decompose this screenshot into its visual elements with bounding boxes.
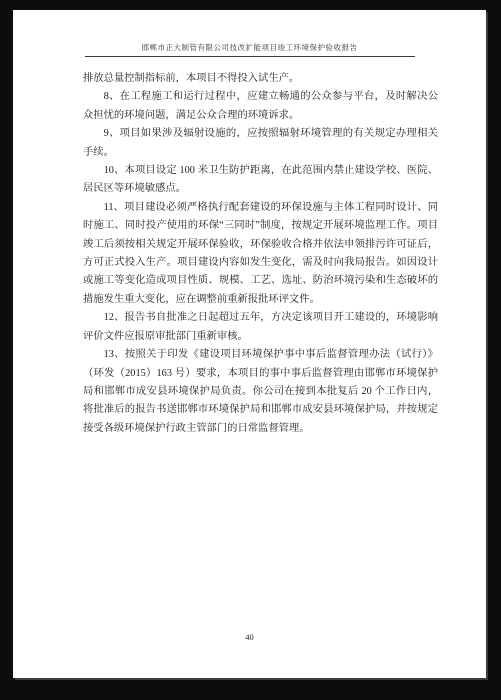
paragraph-item-8: 8、在工程施工和运行过程中，应建立畅通的公众参与平台，及时解决公众担忧的环境问题…	[83, 88, 438, 125]
paragraph-item-11: 11、项目建设必须严格执行配套建设的环保设施与主体工程同时设计、同时施工、同时投…	[83, 199, 438, 309]
running-header-title: 邯郸市正大制管有限公司技改扩能项目竣工环境保护验收报告	[13, 43, 486, 53]
paragraph-item-12: 12、报告书自批准之日起超过五年，方决定该项目开工建设的，环境影响评价文件应报原…	[83, 309, 438, 346]
page-footer: 40	[13, 632, 486, 642]
page-body: 排放总量控制指标前，本项目不得投入试生产。 8、在工程施工和运行过程中，应建立畅…	[13, 57, 486, 438]
paragraph-item-13: 13、按照关于印发《建设项目环境保护事中事后监督管理办法（试行）》（环发（201…	[83, 346, 438, 438]
paragraph-item-9: 9、项目如果涉及辐射设施的，应按照辐射环境管理的有关规定办理相关手续。	[83, 125, 438, 162]
paragraph-continuation: 排放总量控制指标前，本项目不得投入试生产。	[83, 70, 438, 88]
document-viewer-background: 邯郸市正大制管有限公司技改扩能项目竣工环境保护验收报告 排放总量控制指标前，本项…	[0, 0, 501, 700]
paragraph-item-10: 10、本项目设定 100 米卫生防护距离，在此范围内禁止建设学校、医院、居民区等…	[83, 162, 438, 199]
page-header: 邯郸市正大制管有限公司技改扩能项目竣工环境保护验收报告	[13, 10, 486, 57]
page-number: 40	[245, 632, 254, 642]
document-page: 邯郸市正大制管有限公司技改扩能项目竣工环境保护验收报告 排放总量控制指标前，本项…	[13, 10, 486, 678]
